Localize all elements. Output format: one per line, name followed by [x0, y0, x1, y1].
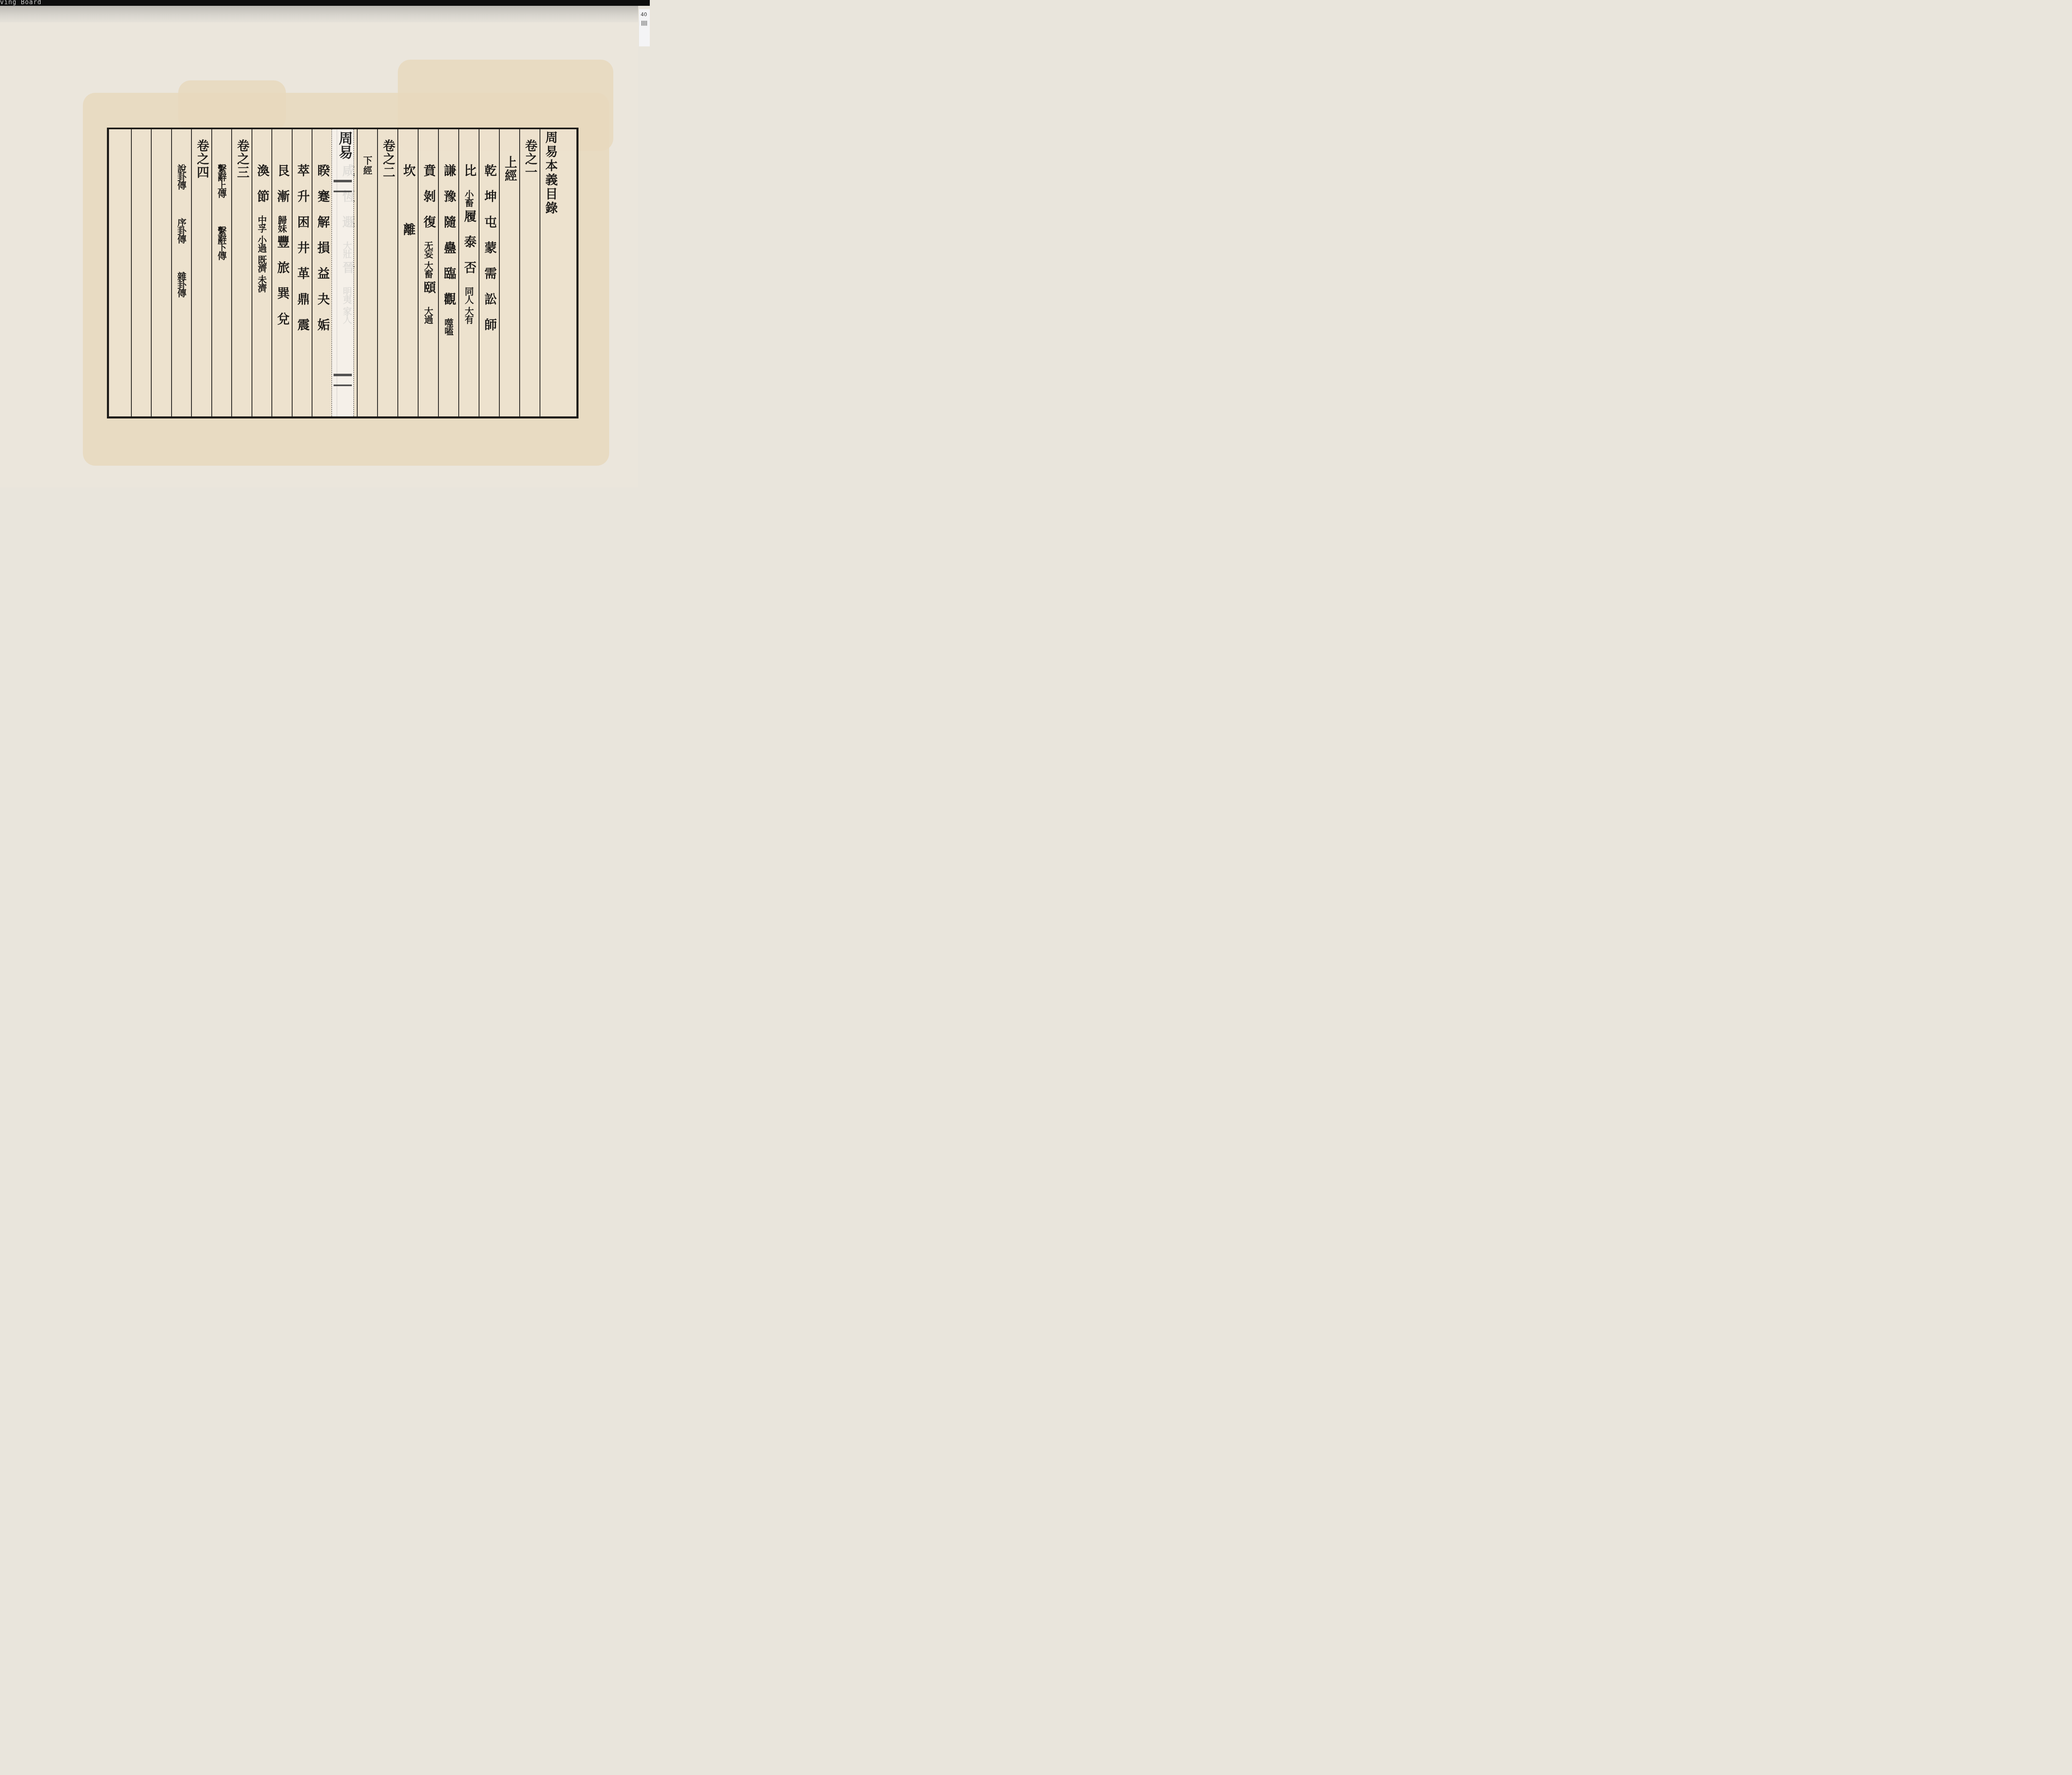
toc-entry: 乾 — [479, 164, 499, 177]
toc-entry: 益 — [312, 267, 332, 280]
right-column: 卷之一 — [520, 129, 540, 416]
toc-entry: 蹇 — [312, 190, 332, 203]
paper-stain — [178, 80, 286, 130]
left-column: 睽蹇解損益夬姤 — [312, 129, 332, 416]
toc-title: 周易本義目錄 — [540, 131, 560, 215]
right-column: 比小畜履泰否同人大有 — [459, 129, 479, 416]
toc-entry: 泰 — [459, 235, 479, 249]
left-column: 艮漸歸妹豐旅巽兌 — [272, 129, 292, 416]
toc-entry: 巽 — [272, 287, 292, 300]
toc-entry: 漸 — [272, 190, 292, 203]
toc-entry: 升 — [292, 190, 312, 203]
scanner-board-label: ving Board — [0, 0, 41, 6]
toc-entry: 序卦傳 — [172, 218, 191, 243]
toc-entry: 頤 — [418, 281, 438, 294]
toc-entry: 大有 — [459, 307, 479, 323]
column-rule — [131, 129, 132, 416]
toc-entry: 繫辭下傳 — [212, 226, 232, 259]
right-column: 卷之二 — [378, 129, 397, 416]
toc-entry: 小畜 — [459, 190, 479, 206]
right-column: 坎離 — [398, 129, 418, 416]
toc-entry: 解 — [312, 215, 332, 229]
toc-entry: 革 — [292, 267, 312, 280]
right-column: 謙豫隨蠱臨觀噬嗑 — [438, 129, 458, 416]
ruler-ticks-icon — [641, 21, 647, 26]
toc-entry: 夬 — [312, 293, 332, 306]
toc-entry: 蒙 — [479, 241, 499, 254]
toc-entry: 履 — [459, 210, 479, 223]
volume-heading: 卷之四 — [191, 139, 211, 179]
hexagram-list: 謙豫隨蠱臨觀噬嗑 — [438, 164, 458, 338]
toc-entry: 噬嗑 — [438, 318, 458, 335]
right-column: 賁剝復无妄大畜頤大過 — [418, 129, 438, 416]
toc-entry: 損 — [312, 241, 332, 254]
toc-entry: 豫 — [438, 190, 458, 203]
toc-entry: 小過 — [252, 235, 272, 252]
toc-entry: 復 — [418, 215, 438, 229]
ruler-scale: 40 — [639, 9, 650, 46]
hexagram-list: 賁剝復无妄大畜頤大過 — [418, 164, 438, 326]
toc-entry: 需 — [479, 267, 499, 280]
volume-heading: 卷之一 — [520, 139, 540, 179]
hexagram-list: 艮漸歸妹豐旅巽兌 — [272, 164, 292, 338]
toc-entry: 否 — [459, 261, 479, 274]
right-column: 周易本義目錄 — [540, 129, 560, 416]
fish-tail-mark-icon — [334, 374, 352, 386]
toc-entry: 離 — [398, 223, 418, 236]
toc-entry: 大過 — [418, 307, 438, 323]
toc-entry: 訟 — [479, 293, 499, 306]
hexagram-list: 繫辭上傳繫辭下傳 — [212, 164, 232, 288]
hexagram-list: 比小畜履泰否同人大有 — [459, 164, 479, 326]
toc-entry: 鼎 — [292, 293, 312, 306]
left-column: 卷之四 — [191, 129, 211, 416]
toc-entry: 隨 — [438, 215, 458, 229]
ruler-number: 40 — [641, 12, 647, 17]
toc-entry: 比 — [459, 164, 479, 177]
toc-entry: 既濟 — [252, 255, 272, 272]
volume-heading: 卷之二 — [378, 139, 397, 179]
toc-entry: 困 — [292, 215, 312, 229]
toc-entry: 睽 — [312, 164, 332, 177]
toc-entry: 豐 — [272, 235, 292, 249]
toc-entry: 姤 — [312, 318, 332, 331]
left-column: 說卦傳序卦傳雜卦傳 — [172, 129, 191, 416]
toc-entry: 觀 — [438, 293, 458, 306]
toc-entry: 剝 — [418, 190, 438, 203]
toc-entry: 萃 — [292, 164, 312, 177]
hexagram-list: 睽蹇解損益夬姤 — [312, 164, 332, 344]
toc-entry: 大畜 — [418, 261, 438, 278]
hexagram-list: 乾坤屯蒙需訟師 — [479, 164, 499, 344]
volume-heading: 卷之三 — [232, 139, 252, 179]
left-column: 繫辭上傳繫辭下傳 — [212, 129, 232, 416]
right-column: 下經 — [357, 129, 377, 416]
toc-entry: 未濟 — [252, 275, 272, 292]
toc-entry: 坎 — [398, 164, 418, 177]
left-column — [131, 129, 151, 416]
fish-tail-mark-icon — [334, 180, 352, 192]
section-heading: 上經 — [499, 156, 519, 182]
toc-entry: 雜卦傳 — [172, 272, 191, 297]
toc-entry: 旅 — [272, 261, 292, 274]
toc-entry: 繫辭上傳 — [212, 164, 232, 197]
hexagram-list: 說卦傳序卦傳雜卦傳 — [172, 164, 191, 326]
toc-entry: 歸妹 — [272, 215, 292, 232]
right-column: 乾坤屯蒙需訟師 — [479, 129, 499, 416]
toc-entry: 中孚 — [252, 215, 272, 232]
fold-title: 周易 — [334, 131, 355, 159]
hexagram-list: 坎離 — [398, 164, 418, 282]
hexagram-list: 渙節中孚小過既濟未濟 — [252, 164, 272, 295]
toc-entry: 蠱 — [438, 241, 458, 254]
ruler-strip — [0, 6, 638, 22]
toc-entry: 井 — [292, 241, 312, 254]
toc-entry: 无妄 — [418, 241, 438, 258]
section-heading: 下經 — [357, 156, 377, 176]
left-column: 萃升困井革鼎震 — [292, 129, 312, 416]
scanner-board-bar: ving Board — [0, 0, 650, 6]
toc-entry: 坤 — [479, 190, 499, 203]
center-fold: 周易 — [332, 129, 354, 416]
toc-entry: 說卦傳 — [172, 164, 191, 189]
toc-entry: 震 — [292, 318, 312, 331]
toc-entry: 兌 — [272, 312, 292, 326]
toc-entry: 謙 — [438, 164, 458, 177]
right-column: 上經 — [499, 129, 519, 416]
toc-entry: 艮 — [272, 164, 292, 177]
toc-entry: 屯 — [479, 215, 499, 229]
left-column: 卷之三 — [232, 129, 252, 416]
toc-entry: 賁 — [418, 164, 438, 177]
left-column — [151, 129, 171, 416]
toc-entry: 臨 — [438, 267, 458, 280]
left-column: 渙節中孚小過既濟未濟 — [252, 129, 272, 416]
woodblock-page-frame: 周易本義目錄上經卷之一乾坤屯蒙需訟師比小畜履泰否同人大有謙豫隨蠱臨觀噬嗑賁剝復无… — [107, 128, 579, 418]
toc-entry: 節 — [252, 190, 272, 203]
hexagram-list: 萃升困井革鼎震 — [292, 164, 312, 344]
toc-entry: 渙 — [252, 164, 272, 177]
toc-entry: 師 — [479, 318, 499, 331]
toc-entry: 同人 — [459, 287, 479, 303]
